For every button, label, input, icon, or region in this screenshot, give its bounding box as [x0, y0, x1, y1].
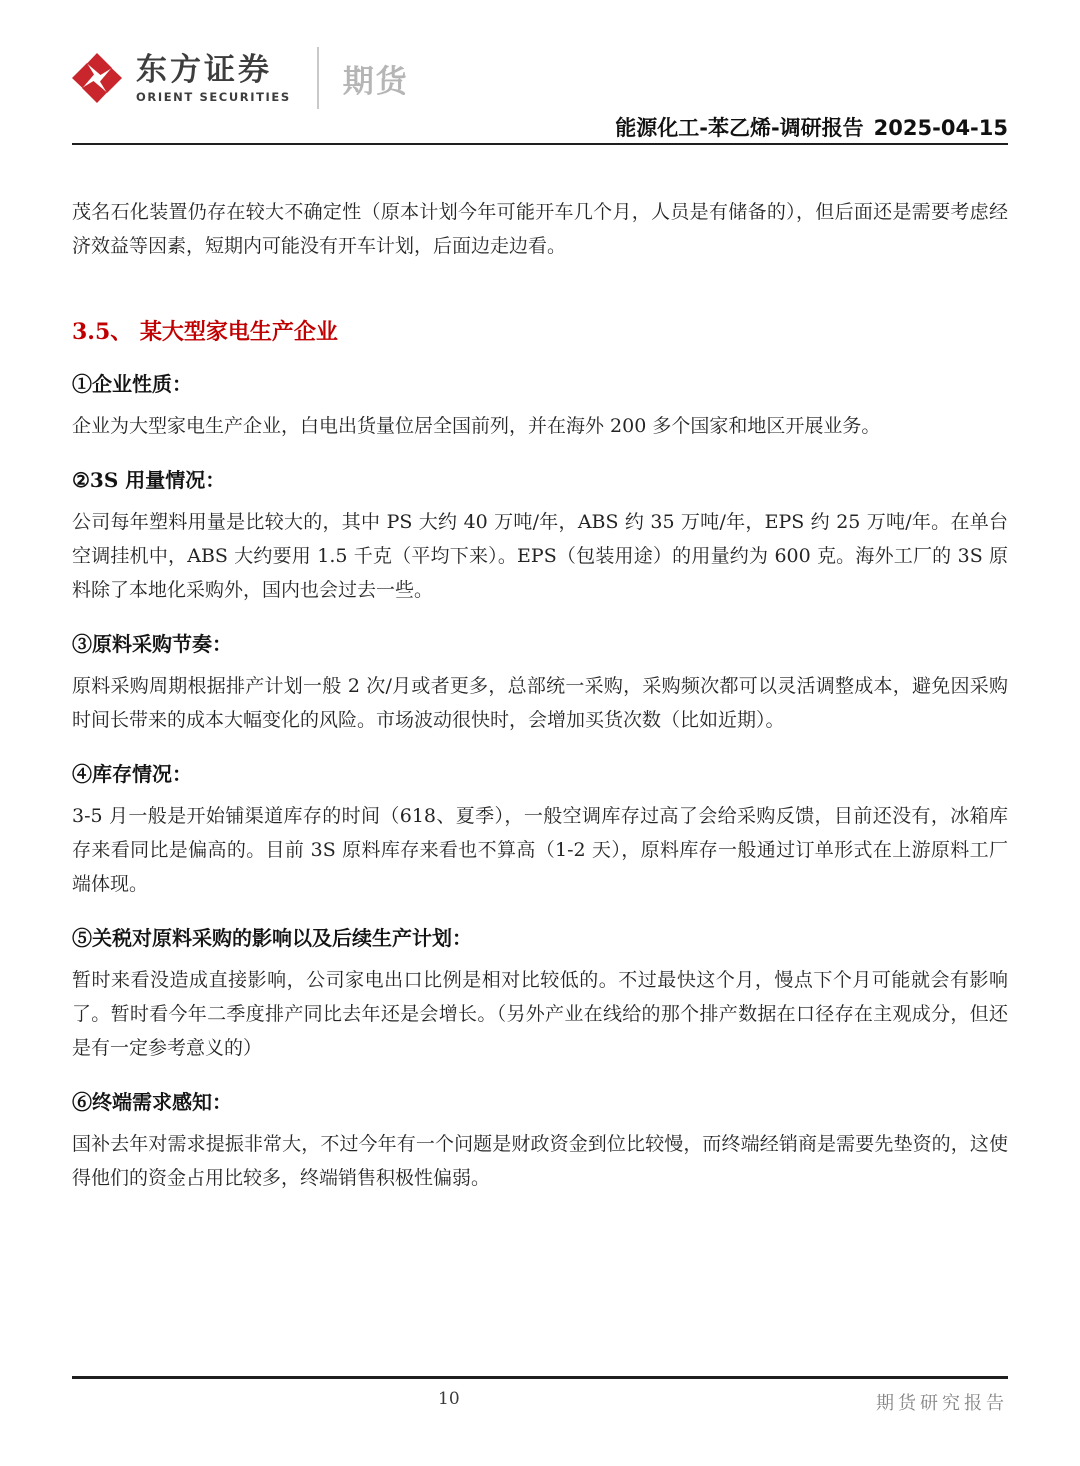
- page-number: 10: [438, 1389, 460, 1409]
- brand-text: 东方证券 ORIENT SECURITIES: [136, 53, 291, 104]
- content-blocks: ①企业性质： 企业为大型家电生产企业，白电出货量位居全国前列，并在海外 200 …: [72, 371, 1008, 1195]
- block-body: 企业为大型家电生产企业，白电出货量位居全国前列，并在海外 200 多个国家和地区…: [72, 409, 1008, 443]
- brand-divider: [317, 47, 319, 109]
- report-page: 东方证券 ORIENT SECURITIES 期货 能源化工-苯乙烯-调研报告2…: [0, 0, 1080, 1195]
- block-heading: ②3S 用量情况：: [72, 467, 1008, 493]
- brand-division-label: 期货: [343, 56, 409, 101]
- block-heading: ③原料采购节奏：: [72, 631, 1008, 657]
- block-body: 3-5 月一般是开始铺渠道库存的时间（618、夏季），一般空调库存过高了会给采购…: [72, 799, 1008, 901]
- qa-block: ⑥终端需求感知： 国补去年对需求提振非常大，不过今年有一个问题是财政资金到位比较…: [72, 1089, 1008, 1195]
- block-heading: ①企业性质：: [72, 371, 1008, 397]
- block-body: 原料采购周期根据排产计划一般 2 次/月或者更多，总部统一采购，采购频次都可以灵…: [72, 669, 1008, 737]
- qa-block: ⑤关税对原料采购的影响以及后续生产计划： 暂时来看没造成直接影响，公司家电出口比…: [72, 925, 1008, 1065]
- document-date: 2025-04-15: [874, 116, 1008, 140]
- block-heading: ⑤关税对原料采购的影响以及后续生产计划：: [72, 925, 1008, 951]
- qa-block: ②3S 用量情况： 公司每年塑料用量是比较大的，其中 PS 大约 40 万吨/年…: [72, 467, 1008, 607]
- block-body: 公司每年塑料用量是比较大的，其中 PS 大约 40 万吨/年，ABS 约 35 …: [72, 505, 1008, 607]
- section-title: 3.5、 某大型家电生产企业: [72, 317, 1008, 347]
- document-title-row: 能源化工-苯乙烯-调研报告2025-04-15: [72, 116, 1008, 143]
- block-body: 暂时来看没造成直接影响，公司家电出口比例是相对比较低的。不过最快这个月，慢点下个…: [72, 963, 1008, 1065]
- block-heading: ⑥终端需求感知：: [72, 1089, 1008, 1115]
- document-title: 能源化工-苯乙烯-调研报告: [615, 116, 863, 140]
- qa-block: ①企业性质： 企业为大型家电生产企业，白电出货量位居全国前列，并在海外 200 …: [72, 371, 1008, 443]
- brand-name-en: ORIENT SECURITIES: [136, 90, 291, 104]
- qa-block: ③原料采购节奏： 原料采购周期根据排产计划一般 2 次/月或者更多，总部统一采购…: [72, 631, 1008, 737]
- page-footer: 10 期货研究报告: [72, 1376, 1008, 1417]
- block-body: 国补去年对需求提振非常大，不过今年有一个问题是财政资金到位比较慢，而终端经销商是…: [72, 1127, 1008, 1195]
- intro-paragraph: 茂名石化装置仍存在较大不确定性（原本计划今年可能开车几个月，人员是有储备的），但…: [72, 195, 1008, 263]
- brand-name-cn: 东方证券: [136, 53, 291, 87]
- footer-report-label: 期货研究报告: [876, 1389, 1008, 1415]
- page-header: 东方证券 ORIENT SECURITIES 期货 能源化工-苯乙烯-调研报告2…: [72, 0, 1008, 145]
- block-heading: ④库存情况：: [72, 761, 1008, 787]
- orient-securities-logo-icon: [72, 53, 122, 103]
- brand-row: 东方证券 ORIENT SECURITIES 期货: [72, 40, 1008, 116]
- footer-inner: 10 期货研究报告: [72, 1389, 1008, 1417]
- qa-block: ④库存情况： 3-5 月一般是开始铺渠道库存的时间（618、夏季），一般空调库存…: [72, 761, 1008, 901]
